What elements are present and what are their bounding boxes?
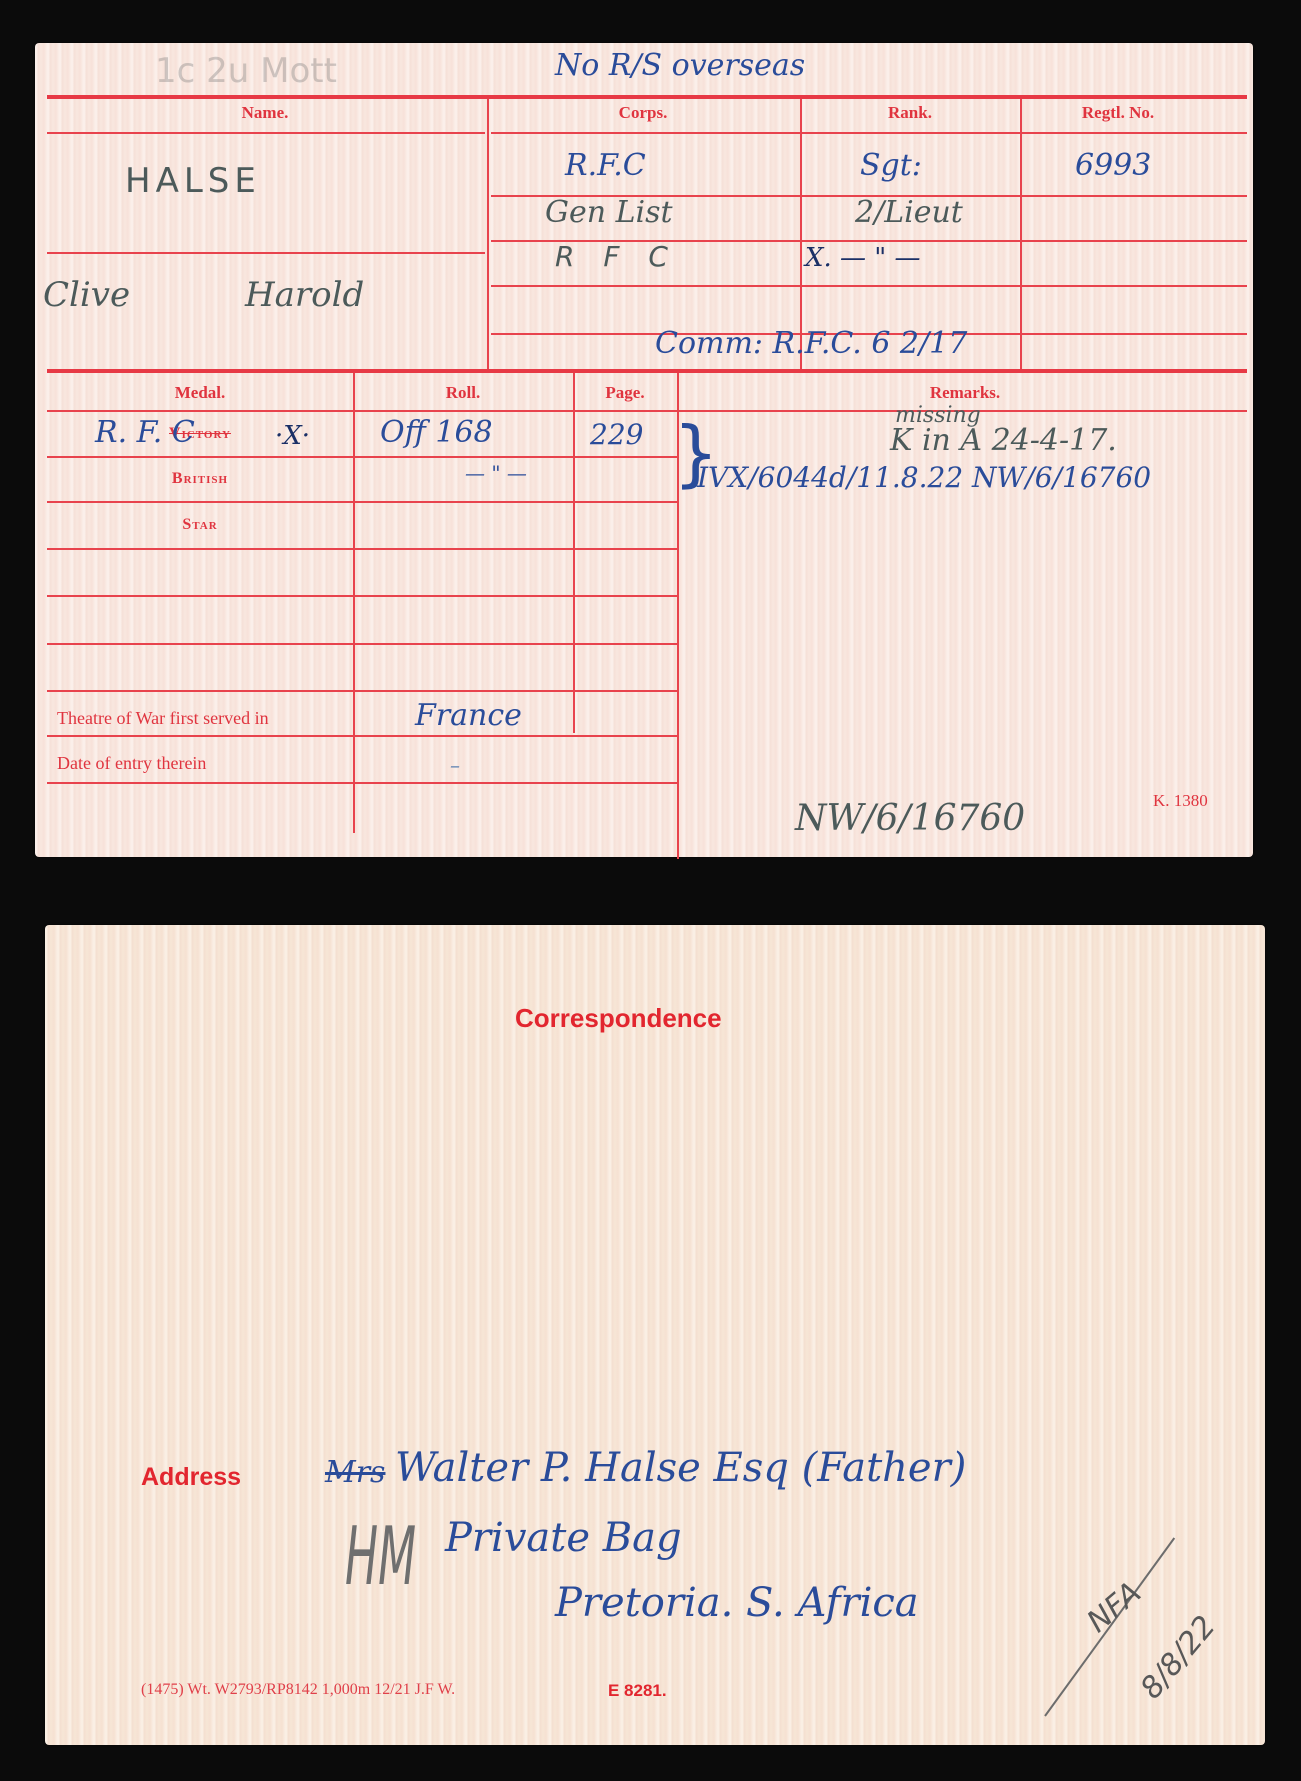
corps-header: Corps. <box>619 103 668 123</box>
corps-value-3: R F C <box>555 240 678 273</box>
roll-value-2: — " — <box>465 461 527 485</box>
medal-index-card-back: Correspondence Address Mrs Walter P. Hal… <box>45 925 1265 1745</box>
faded-stamp: 1c 2u Mott <box>155 51 337 91</box>
page-header: Page. <box>605 383 644 403</box>
date-entry-value: – <box>450 753 460 777</box>
corps-value-2: Gen List <box>545 195 673 230</box>
pencil-initials: HM <box>345 1510 416 1603</box>
corps-value-1: R.F.C <box>565 148 646 183</box>
rule <box>47 369 1247 373</box>
pencil-note-bottom: 8/8/22 <box>1134 1609 1223 1705</box>
address-struck-title: Mrs <box>325 1455 385 1490</box>
footer-reference: NW/6/16760 <box>795 798 1025 839</box>
rule <box>47 410 1247 412</box>
address-line-1: Walter P. Halse Esq (Father) <box>395 1445 966 1491</box>
rule <box>47 132 485 134</box>
print-code: E 8281. <box>608 1681 667 1701</box>
rule <box>1020 99 1022 371</box>
rule <box>491 132 1247 134</box>
forename-1-value: Clive <box>43 275 130 315</box>
address-line-2: Private Bag <box>445 1515 682 1561</box>
roll-value-1: Off 168 <box>380 415 493 450</box>
theatre-value: France <box>415 698 522 733</box>
form-number: K. 1380 <box>1153 791 1208 811</box>
page-value-1: 229 <box>590 418 643 451</box>
rule <box>47 643 677 645</box>
rule <box>491 285 1247 287</box>
remarks-kia: K in A 24-4-17. <box>890 423 1117 458</box>
rule <box>487 99 489 371</box>
commission-note: Comm: R.F.C. 6 2/17 <box>655 326 967 361</box>
remarks-header: Remarks. <box>930 383 1000 403</box>
rule <box>47 548 677 550</box>
medal-header: Medal. <box>175 383 226 403</box>
rule <box>47 501 677 503</box>
name-header: Name. <box>242 103 289 123</box>
rule <box>47 690 677 692</box>
surname-value: HALSE <box>125 161 261 201</box>
rule <box>573 373 575 733</box>
regtl-no-header: Regtl. No. <box>1082 103 1154 123</box>
medal-star-label: Star <box>182 516 217 534</box>
medal-index-card-front: 1c 2u Mott No R/S overseas Name. Corps. … <box>35 43 1253 857</box>
rank-header: Rank. <box>888 103 932 123</box>
rule <box>47 252 485 254</box>
roll-header: Roll. <box>446 383 480 403</box>
correspondence-title: Correspondence <box>515 1003 722 1034</box>
rule <box>47 95 1247 99</box>
theatre-label: Theatre of War first served in <box>57 708 269 729</box>
regtl-no-value: 6993 <box>1075 148 1151 183</box>
address-label: Address <box>141 1463 241 1492</box>
rank-value-3: X. — " — <box>805 243 921 273</box>
remarks-reference: IVX/6044d/11.8.22 NW/6/16760 <box>697 461 1151 494</box>
header-annotation: No R/S overseas <box>555 48 805 83</box>
forename-2-value: Harold <box>245 275 364 315</box>
date-entry-label: Date of entry therein <box>57 753 206 774</box>
rank-value-2: 2/Lieut <box>855 195 963 230</box>
medal-british-label: British <box>172 470 228 488</box>
rule <box>353 373 355 833</box>
address-line-3: Pretoria. S. Africa <box>555 1580 919 1626</box>
rule <box>47 782 677 784</box>
print-line: (1475) Wt. W2793/RP8142 1,000m 12/21 J.F… <box>141 1681 455 1699</box>
rule <box>47 595 677 597</box>
medal-victory-handwritten: R. F. C <box>95 415 195 450</box>
rule <box>47 735 677 737</box>
rank-value-1: Sgt: <box>860 148 922 183</box>
rule <box>47 456 677 458</box>
medal-victory-mark: ·X· <box>275 421 310 451</box>
